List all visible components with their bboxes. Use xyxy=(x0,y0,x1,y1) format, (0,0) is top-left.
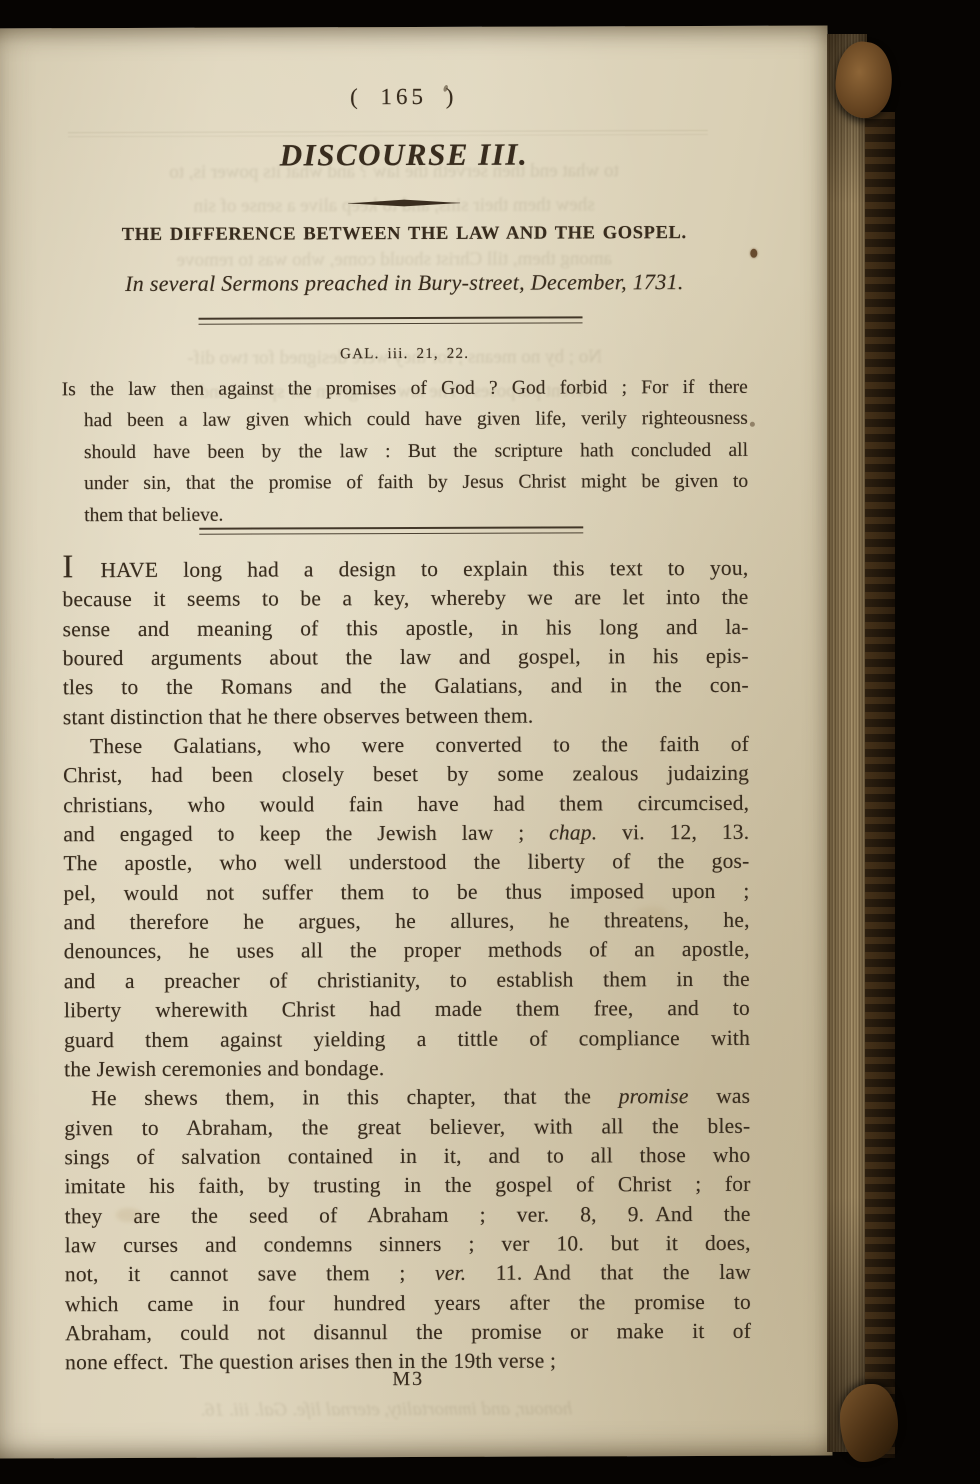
text-segment: under sin, that the promise of faith by … xyxy=(84,471,748,494)
text-segment: imitate his faith, by trusting in the go… xyxy=(65,1172,751,1198)
text-segment: christians, who would fain have had them… xyxy=(63,791,749,817)
book-fore-edge-pages xyxy=(827,34,867,1452)
text-segment: them that believe. xyxy=(84,504,223,525)
book-page: to what end then serveth the law ? and w… xyxy=(0,26,832,1459)
text-segment: Abraham, could not disannul the promise … xyxy=(65,1319,751,1345)
text-segment: These Galatians, who were converted to t… xyxy=(90,732,749,758)
scripture-epigraph: Is the law then against the promises of … xyxy=(62,372,749,531)
sermon-body-text: I HAVE long had a design to explain this… xyxy=(62,549,751,1378)
text-segment: 11. And that the law xyxy=(466,1260,751,1285)
discourse-title: DISCOURSE III. xyxy=(61,136,747,174)
text-segment: He shews them, in this chapter, that the xyxy=(91,1084,619,1110)
foxing-spot xyxy=(116,1208,142,1222)
text-segment: The apostle, who well understood the lib… xyxy=(63,849,749,875)
scripture-reference: GAL. iii. 21, 22. xyxy=(62,345,748,364)
text-segment: Is the law then against the promises of … xyxy=(62,377,748,400)
double-rule-top xyxy=(199,316,583,324)
text-segment: vi. 12, 13. xyxy=(597,820,749,845)
text-segment: HAVE long had a design to explain this t… xyxy=(75,556,748,582)
large-initial: I xyxy=(62,549,75,585)
italic-text: ver. xyxy=(435,1261,466,1285)
text-segment: should have been by the law : But the sc… xyxy=(84,440,748,463)
text-segment: sense and meaning of this apostle, in hi… xyxy=(63,615,749,641)
text-segment: and a preacher of christianity, to estab… xyxy=(64,967,750,993)
text-segment: law curses and condemns sinners ; ver 10… xyxy=(65,1231,751,1257)
text-segment: which came in four hundred years after t… xyxy=(65,1289,751,1315)
text-segment: not, it cannot save them ; xyxy=(65,1261,435,1286)
sermon-subtitle: In several Sermons preached in Bury-stre… xyxy=(61,269,747,297)
text-segment: stant distinction that he there observes… xyxy=(63,703,534,729)
italic-text: promise xyxy=(619,1084,689,1108)
text-segment: boured arguments about the law and gospe… xyxy=(63,644,749,670)
text-segment: Christ, had been closely beset by some z… xyxy=(63,761,749,787)
ink-stain xyxy=(750,249,757,258)
text-segment: had been a law given which could have gi… xyxy=(84,408,748,431)
text-segment: guard them against yielding a tittle of … xyxy=(64,1025,750,1051)
text-segment: given to Abraham, the great believer, wi… xyxy=(64,1113,750,1139)
sermon-heading: THE DIFFERENCE BETWEEN THE LAW AND THE G… xyxy=(61,223,747,246)
text-segment: sings of salvation contained in it, and … xyxy=(64,1143,750,1169)
show-through-text: honour, and immortality, eternal life. G… xyxy=(106,1398,666,1422)
foxing-spot xyxy=(635,906,669,924)
text-segment: was xyxy=(689,1084,751,1108)
ink-stain xyxy=(750,422,755,427)
text-segment: tles to the Romans and the Galatians, an… xyxy=(63,673,749,699)
text-segment: denounces, he uses all the proper method… xyxy=(64,937,750,963)
text-segment: the Jewish ceremonies and bondage. xyxy=(64,1056,384,1081)
text-segment: liberty wherewith Christ had made them f… xyxy=(64,996,750,1022)
double-rule-bottom xyxy=(199,526,583,534)
signature-mark: M3 xyxy=(65,1367,751,1392)
book-photograph: to what end then serveth the law ? and w… xyxy=(0,0,980,1484)
page-number: ( 165 ) xyxy=(61,83,747,111)
text-segment: and engaged to keep the Jewish law ; xyxy=(63,821,549,847)
text-segment: they are the seed of Abraham ; ver. 8, 9… xyxy=(65,1201,751,1227)
text-segment: pel, would not suffer them to be thus im… xyxy=(63,879,749,905)
text-segment: because it seems to be a key, whereby we… xyxy=(62,585,748,611)
book-cover-edge xyxy=(865,112,895,1458)
italic-text: chap. xyxy=(549,820,597,844)
